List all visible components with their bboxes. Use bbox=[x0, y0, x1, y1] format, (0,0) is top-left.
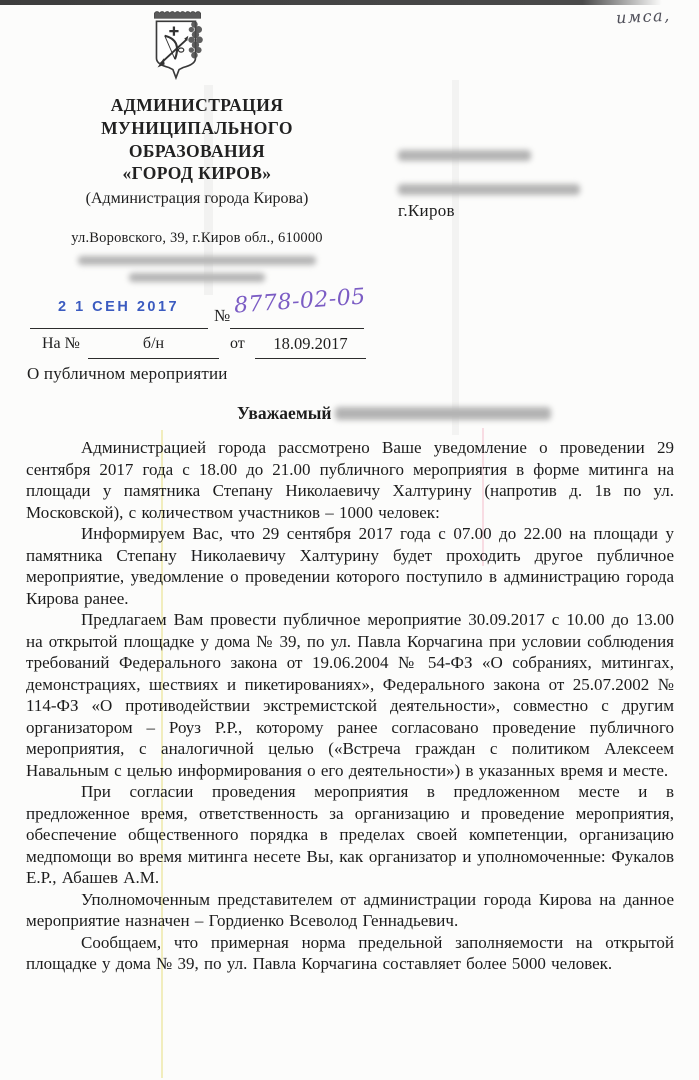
blank-rule bbox=[255, 358, 366, 359]
org-address: ул.Воровского, 39, г.Киров обл., 610000 bbox=[38, 230, 356, 247]
body-paragraph: Сообщаем, что примерная норма предельной… bbox=[26, 932, 674, 975]
reference-block: 2 1 СЕН 2017 № 8778-02-05 На № б/н от 18… bbox=[30, 294, 370, 369]
scanned-letter-page: имса, bbox=[0, 0, 699, 1080]
letter-body: Администрацией города рассмотрено Ваше у… bbox=[26, 437, 674, 975]
incoming-date-stamp: 2 1 СЕН 2017 bbox=[58, 299, 179, 315]
salutation: Уважаемый bbox=[237, 403, 331, 424]
from-label: от bbox=[230, 335, 245, 353]
redacted-recipient-address bbox=[398, 184, 580, 195]
body-paragraph: Информируем Вас, что 29 сентября 2017 го… bbox=[26, 523, 674, 609]
body-paragraph: Уполномоченным представителем от админис… bbox=[26, 889, 674, 932]
blank-rule bbox=[88, 358, 219, 359]
blank-rule bbox=[30, 328, 208, 329]
redacted-phone-line bbox=[78, 256, 316, 265]
scan-edge-artifact bbox=[0, 0, 662, 5]
recipient-city: г.Киров bbox=[398, 201, 648, 221]
org-name-line: МУНИЦИПАЛЬНОГО bbox=[38, 117, 356, 140]
org-subtitle: (Администрация города Кирова) bbox=[38, 190, 356, 208]
reply-to-number: б/н bbox=[88, 335, 219, 353]
recipient-block: г.Киров bbox=[398, 150, 648, 221]
body-paragraph: Предлагаем Вам провести публичное меропр… bbox=[26, 609, 674, 781]
redacted-email-line bbox=[129, 273, 265, 282]
redacted-recipient-name bbox=[398, 150, 531, 161]
salutation-row: Уважаемый bbox=[237, 403, 551, 424]
reply-date: 18.09.2017 bbox=[255, 334, 366, 354]
body-paragraph: Администрацией города рассмотрено Ваше у… bbox=[26, 437, 674, 523]
redacted-addressee-name bbox=[335, 407, 551, 420]
org-name-line: АДМИНИСТРАЦИЯ bbox=[38, 94, 356, 117]
handwritten-annotation: имса, bbox=[616, 6, 672, 28]
handwritten-outgoing-number: 8778-02-05 bbox=[233, 284, 366, 318]
blank-rule bbox=[230, 328, 364, 329]
body-paragraph: При согласии проведения мероприятия в пр… bbox=[26, 781, 674, 889]
kirov-coat-of-arms-icon bbox=[149, 8, 205, 88]
org-name-line: ОБРАЗОВАНИЯ bbox=[38, 140, 356, 163]
scan-fold-artifact bbox=[452, 80, 459, 435]
letterhead-org-block: АДМИНИСТРАЦИЯ МУНИЦИПАЛЬНОГО ОБРАЗОВАНИЯ… bbox=[38, 94, 356, 282]
number-label: № bbox=[214, 306, 230, 326]
subject-line: О публичном мероприятии bbox=[27, 364, 228, 384]
reply-to-label: На № bbox=[42, 335, 80, 353]
org-name-line: «ГОРОД КИРОВ» bbox=[38, 162, 356, 185]
